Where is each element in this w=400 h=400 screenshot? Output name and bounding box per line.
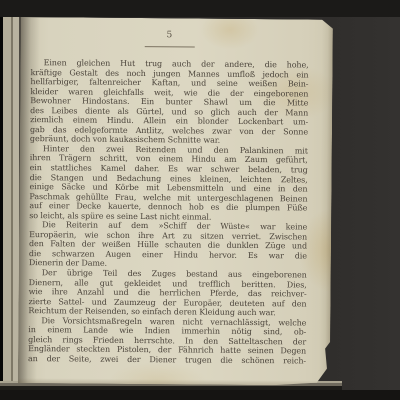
text-line: an der Seite, zwei der Diener trugen die… <box>28 354 306 366</box>
page-number: 5 <box>21 29 319 42</box>
backdrop-bottom <box>0 390 400 400</box>
page-number-rule <box>145 46 195 47</box>
book-photo: 5 Einen gleichen Hut trug auch der ander… <box>0 0 400 400</box>
text-block: Einen gleichen Hut trug auch der andere,… <box>28 58 309 366</box>
book-page: 5 Einen gleichen Hut trug auch der ander… <box>18 17 333 386</box>
backdrop-top <box>0 0 400 17</box>
